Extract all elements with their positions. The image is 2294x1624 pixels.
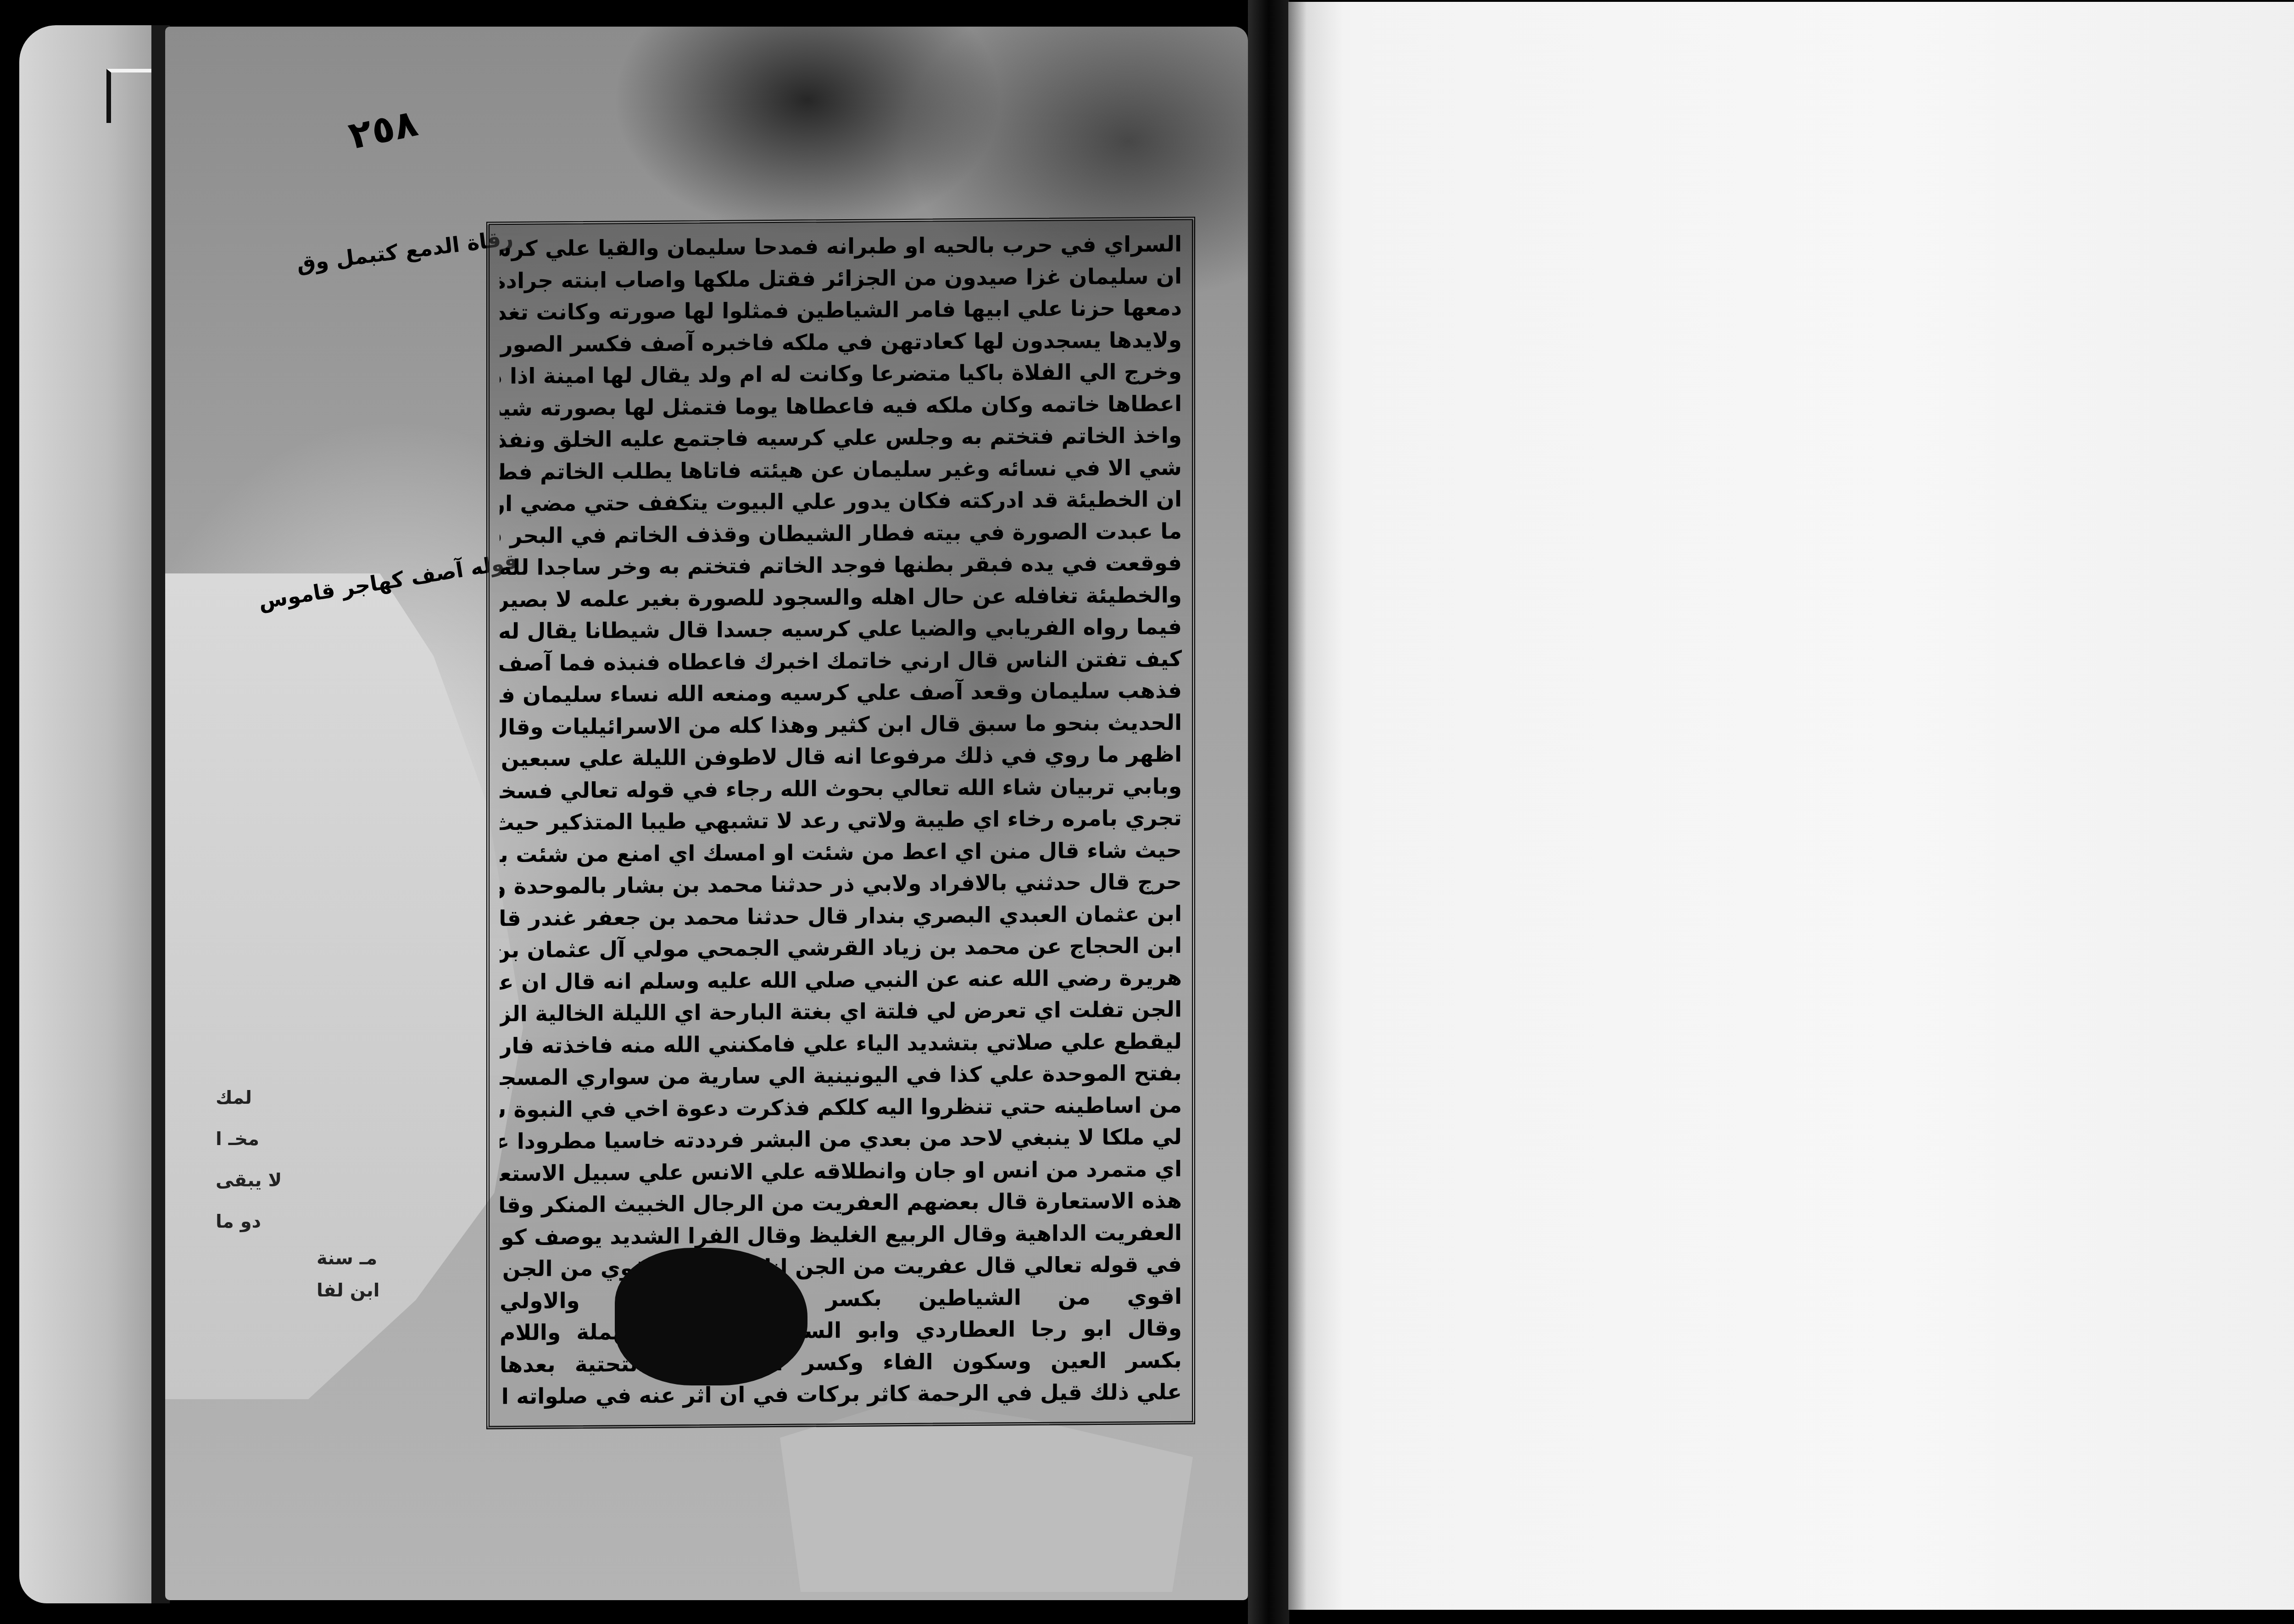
text-line: بكسر العين وسكون الفاء وكسر الراء وفتح ا… [500, 1344, 1182, 1381]
text-line: ليقطع علي صلاتي بتشديد الياء علي فامكنني… [500, 1025, 1182, 1062]
text-line: والخطيئة تغافله عن حال اهله والسجود للصو… [500, 579, 1182, 616]
text-line: شي الا في نسائه وغير سليمان عن هيئته فات… [500, 451, 1182, 488]
text-line: كيف تفتن الناس قال ارني خاتمك اخبرك فاعط… [500, 643, 1182, 679]
text-line: اقوي من الشياطين بكسر العين المهملة والا… [500, 1280, 1182, 1317]
text-line: من اساطينه حتي تنظروا اليه كلكم فذكرت دع… [500, 1089, 1182, 1126]
text-line: بفتح الموحدة علي كذا في اليونينية الي سا… [500, 1057, 1182, 1094]
text-line: واخذ الخاتم فتختم به وجلس علي كرسيه فاجت… [500, 420, 1182, 456]
text-line: اظهر ما روي في ذلك مرفوعا انه قال لاطوفن… [500, 739, 1182, 775]
text-line: فذهب سليمان وقعد آصف علي كرسيه ومنعه الل… [500, 675, 1182, 712]
margin-fragment: لا يبقى [216, 1170, 282, 1191]
text-line: العفريت الداهية وقال الربيع الغليظ وقال … [500, 1217, 1182, 1253]
text-line: اي متمرد من انس او جان وانطلاقه علي الان… [500, 1153, 1182, 1190]
damage-hole [615, 1248, 807, 1385]
text-line: تجري بامره رخاء اي طيبة ولاتي رعد لا تشب… [500, 802, 1182, 839]
text-line: دمعها حزنا علي ابيها فامر الشياطين فمثلو… [500, 292, 1182, 329]
text-line: وقال ابو رجا العطاردي وابو السمال بالسين… [500, 1313, 1182, 1349]
text-line: علي ذلك قيل في الرحمة كاثر بركات في ان ا… [500, 1376, 1182, 1413]
right-page-blank [1288, 2, 2294, 1610]
text-line: اعطاها خاتمه وكان ملكه فيه فاعطاها يوما … [500, 388, 1182, 424]
text-line: حيث شاء قال منن اي اعط من شئت او امسك اي… [500, 834, 1182, 871]
margin-fragment: مـ سنة [317, 1248, 377, 1269]
text-block: السراي في حرب بالحيه او طبرانه فمدحا سلي… [486, 217, 1195, 1429]
text-line: لي ملكا لا ينبغي لاحد من بعدي من البشر ف… [500, 1121, 1182, 1158]
text-line: حرج قال حدثني بالافراد ولابي ذر حدثنا مح… [500, 866, 1182, 903]
text-line: ابن الحجاج عن محمد بن زياد القرشي الجمحي… [500, 930, 1182, 967]
cover-flap [19, 25, 166, 1603]
text-line: ان سليمان غزا صيدون من الجزائر فقتل ملكه… [500, 260, 1182, 297]
margin-fragment: لمك [216, 1087, 252, 1108]
margin-fragment: مخـ ا [216, 1129, 259, 1150]
text-line: ما عبدت الصورة في بيته فطار الشيطان وقذف… [500, 515, 1182, 552]
text-line: هذه الاستعارة قال بعضهم العفريت من الرجا… [500, 1185, 1182, 1222]
text-line: ابن عثمان العبدي البصري بندار قال حدثنا … [500, 898, 1182, 934]
text-line: السراي في حرب بالحيه او طبرانه فمدحا سلي… [500, 228, 1182, 265]
text-line: هريرة رضي الله عنه عن النبي صلي الله علي… [500, 962, 1182, 998]
text-line: ان الخطيئة قد ادركته فكان يدور علي البيو… [500, 484, 1182, 520]
text-line: وخرج الي الفلاة باكيا متضرعا وكانت له ام… [500, 356, 1182, 393]
text-line: فوقعت في يده فبقر بطنها فوجد الخاتم فتخت… [500, 547, 1182, 584]
text-line: ولايدها يسجدون لها كعادتهن في ملكه فاخبر… [500, 324, 1182, 361]
binding-gutter [1248, 0, 1289, 1624]
text-line: فيما رواه الفريابي والضيا علي كرسيه جسدا… [500, 611, 1182, 648]
text-line: في قوله تعالي قال عفريت من الجن انا الشي… [500, 1249, 1182, 1285]
text-line: وبابي تربيان شاء الله تعالي بحوث الله رج… [500, 770, 1182, 807]
text-line: الحديث بنحو ما سبق قال ابن كثير وهذا كله… [500, 706, 1182, 743]
margin-fragment: دو ما [216, 1211, 261, 1232]
text-line: الجن تفلت اي تعرض لي فلتة اي بغتة البارح… [500, 994, 1182, 1030]
margin-fragment: ابن لفا [317, 1280, 379, 1301]
